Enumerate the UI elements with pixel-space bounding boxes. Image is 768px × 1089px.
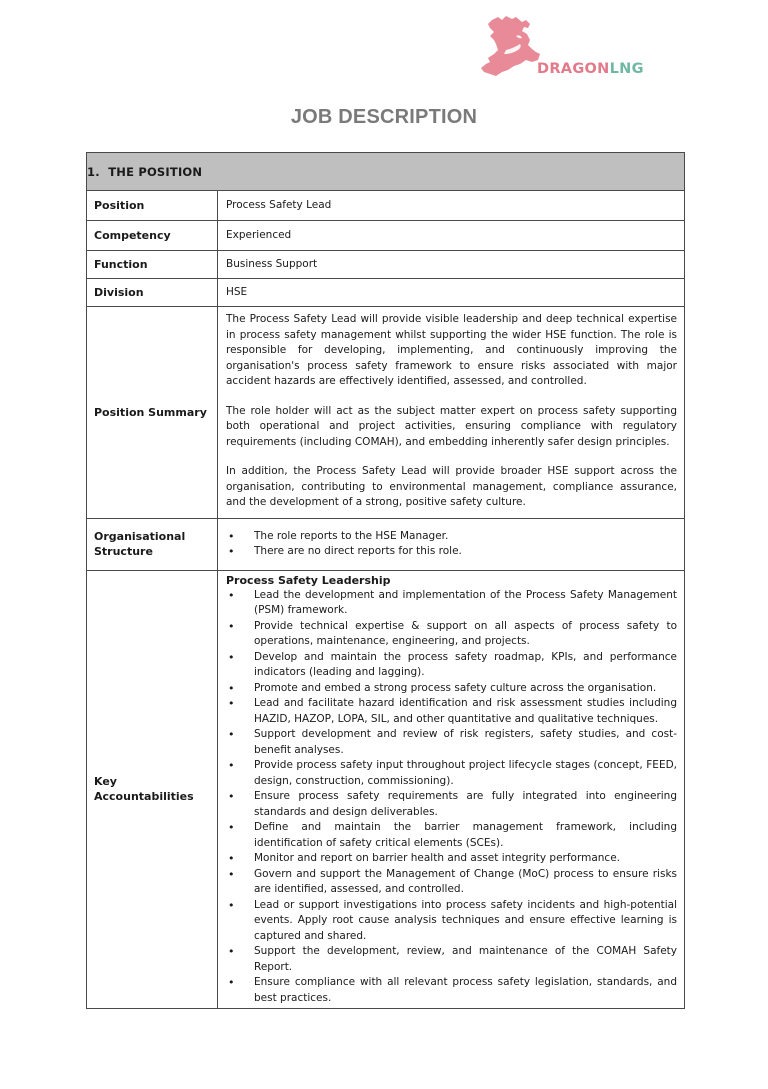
list-item: The role reports to the HSE Manager. <box>226 529 677 545</box>
table-row-org-structure: Organisational Structure The role report… <box>87 518 685 570</box>
position-value: Process Safety Lead <box>218 191 685 221</box>
list-item: Support development and review of risk r… <box>226 727 677 758</box>
section-header: 1. THE POSITION <box>87 153 685 191</box>
function-label: Function <box>87 251 218 279</box>
summary-paragraph: The Process Safety Lead will provide vis… <box>226 312 677 390</box>
competency-label: Competency <box>87 221 218 251</box>
brand-name: DRAGONLNG <box>537 61 644 77</box>
org-structure-list: The role reports to the HSE Manager. The… <box>226 529 677 560</box>
table-row-function: Function Business Support <box>87 251 685 279</box>
accountabilities-subheading: Process Safety Leadership <box>226 573 677 588</box>
list-item: Ensure compliance with all relevant proc… <box>226 975 677 1006</box>
list-item: Provide technical expertise & support on… <box>226 619 677 650</box>
accountabilities-value: Process Safety Leadership Lead the devel… <box>218 570 685 1009</box>
job-description-table: 1. THE POSITION Position Process Safety … <box>86 152 685 1009</box>
summary-paragraph: The role holder will act as the subject … <box>226 404 677 451</box>
section-title: THE POSITION <box>108 165 202 179</box>
section-header-row: 1. THE POSITION <box>87 153 685 191</box>
org-structure-value: The role reports to the HSE Manager. The… <box>218 518 685 570</box>
table-row-competency: Competency Experienced <box>87 221 685 251</box>
summary-label: Position Summary <box>87 307 218 519</box>
document-title: JOB DESCRIPTION <box>0 106 768 129</box>
table-row-division: Division HSE <box>87 279 685 307</box>
function-value: Business Support <box>218 251 685 279</box>
competency-value: Experienced <box>218 221 685 251</box>
list-item: Ensure process safety requirements are f… <box>226 789 677 820</box>
list-item: Govern and support the Management of Cha… <box>226 867 677 898</box>
summary-value: The Process Safety Lead will provide vis… <box>218 307 685 519</box>
position-label: Position <box>87 191 218 221</box>
summary-paragraph: In addition, the Process Safety Lead wil… <box>226 464 677 511</box>
accountabilities-label: Key Accountabilities <box>87 570 218 1009</box>
list-item: Support the development, review, and mai… <box>226 944 677 975</box>
list-item: Lead and facilitate hazard identificatio… <box>226 696 677 727</box>
brand-name-part1: DRAGON <box>537 61 610 77</box>
company-logo: DRAGONLNG <box>478 14 658 84</box>
table-row-position: Position Process Safety Lead <box>87 191 685 221</box>
brand-name-part2: LNG <box>610 61 644 77</box>
list-item: Provide process safety input throughout … <box>226 758 677 789</box>
list-item: Lead or support investigations into proc… <box>226 898 677 945</box>
org-structure-label: Organisational Structure <box>87 518 218 570</box>
table-row-summary: Position Summary The Process Safety Lead… <box>87 307 685 519</box>
list-item: Monitor and report on barrier health and… <box>226 851 677 867</box>
list-item: Define and maintain the barrier manageme… <box>226 820 677 851</box>
division-value: HSE <box>218 279 685 307</box>
list-item: Promote and embed a strong process safet… <box>226 681 677 697</box>
accountabilities-list: Lead the development and implementation … <box>226 588 677 1007</box>
list-item: There are no direct reports for this rol… <box>226 544 677 560</box>
division-label: Division <box>87 279 218 307</box>
list-item: Lead the development and implementation … <box>226 588 677 619</box>
table-row-accountabilities: Key Accountabilities Process Safety Lead… <box>87 570 685 1009</box>
section-number: 1. <box>87 165 100 179</box>
list-item: Develop and maintain the process safety … <box>226 650 677 681</box>
